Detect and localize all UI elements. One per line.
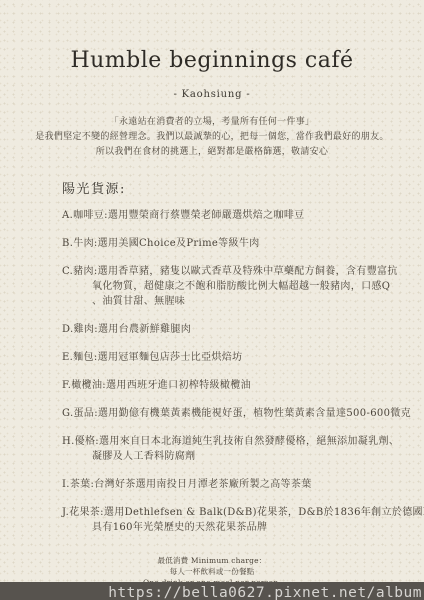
intro-line-2: 是我們堅定不變的經營理念。我們以最誠摯的心，把每一個您，當作我們最好的朋友。 bbox=[0, 130, 424, 145]
list-item-bread: E.麵包:選用冠軍麵包店莎士比亞烘焙坊 bbox=[62, 350, 410, 365]
item-line: E.麵包:選用冠軍麵包店莎士比亞烘焙坊 bbox=[62, 350, 410, 365]
item-line: H.優格:選用來自日本北海道純生乳技術自然發酵優格，絕無添加凝乳劑、 bbox=[62, 434, 410, 449]
item-line: G.蛋品:選用勤億有機葉黃素機能視好蛋，植物性葉黃素含量達500-600微克 bbox=[62, 406, 410, 421]
item-line: 具有160年光榮歷史的天然花果茶品牌 bbox=[62, 520, 410, 535]
list-item-coffee: A.咖啡豆:選用豐榮商行蔡豐榮老師嚴選烘焙之咖啡豆 bbox=[62, 208, 410, 223]
watermark-bar: https://bella0627.pixnet.net/album bbox=[0, 582, 424, 600]
list-item-yogurt: H.優格:選用來自日本北海道純生乳技術自然發酵優格，絕無添加凝乳劑、 凝膠及人工… bbox=[62, 434, 410, 464]
intro-statement: 「永遠站在消費者的立場，考量所有任何一件事」 是我們堅定不變的經營理念。我們以最… bbox=[0, 115, 424, 160]
item-line: J.花果茶:選用Dethlefsen & Balk(D&B)花果茶，D&B於18… bbox=[62, 505, 410, 520]
list-item-pork: C.豬肉:選用香草豬，豬隻以歐式香草及特殊中草藥配方飼養，含有豐富抗 氧化物質，… bbox=[62, 264, 410, 309]
section-heading-sources: 陽光貨源: bbox=[62, 178, 126, 197]
page-title: Humble beginnings café bbox=[0, 48, 424, 73]
item-line: 氧化物質，超健康之不飽和脂肪酸比例大幅超越一般豬肉，口感Q bbox=[62, 279, 410, 294]
list-item-tea: I.茶葉:台灣好茶選用南投日月潭老茶廠所製之高等茶葉 bbox=[62, 477, 410, 492]
item-line: 、油質甘甜、無腥味 bbox=[62, 294, 410, 309]
list-item-beef: B.牛肉:選用美國Choice及Prime等級牛肉 bbox=[62, 236, 410, 251]
item-line: D.雞肉:選用台農新鮮雞腿肉 bbox=[62, 322, 410, 337]
item-line: C.豬肉:選用香草豬，豬隻以歐式香草及特殊中草藥配方飼養，含有豐富抗 bbox=[62, 264, 410, 279]
page-subtitle: - Kaohsiung - bbox=[0, 89, 424, 100]
list-item-fruit-tea: J.花果茶:選用Dethlefsen & Balk(D&B)花果茶，D&B於18… bbox=[62, 505, 410, 535]
item-line: F.橄欖油:選用西班牙進口初榨特級橄欖油 bbox=[62, 378, 410, 393]
list-item-olive-oil: F.橄欖油:選用西班牙進口初榨特級橄欖油 bbox=[62, 378, 410, 393]
menu-page: Humble beginnings café - Kaohsiung - 「永遠… bbox=[0, 0, 424, 600]
intro-quote: 「永遠站在消費者的立場，考量所有任何一件事」 bbox=[0, 115, 424, 130]
source-list: A.咖啡豆:選用豐榮商行蔡豐榮老師嚴選烘焙之咖啡豆 B.牛肉:選用美國Choic… bbox=[62, 208, 410, 548]
item-line: I.茶葉:台灣好茶選用南投日月潭老茶廠所製之高等茶葉 bbox=[62, 477, 410, 492]
footer-policy-zh: 每人一杯飲料或一份餐點 bbox=[0, 566, 424, 577]
watermark-url: https://bella0627.pixnet.net/album bbox=[108, 584, 424, 600]
intro-line-3: 所以我們在食材的挑選上，絕對都是嚴格篩選，敬請安心 bbox=[0, 145, 424, 160]
item-line: A.咖啡豆:選用豐榮商行蔡豐榮老師嚴選烘焙之咖啡豆 bbox=[62, 208, 410, 223]
footer-minimum-charge: 最低消費 Minimum charge： bbox=[0, 555, 424, 566]
item-line: B.牛肉:選用美國Choice及Prime等級牛肉 bbox=[62, 236, 410, 251]
item-line: 凝膠及人工香料防腐劑 bbox=[62, 449, 410, 464]
list-item-eggs: G.蛋品:選用勤億有機葉黃素機能視好蛋，植物性葉黃素含量達500-600微克 bbox=[62, 406, 410, 421]
list-item-chicken: D.雞肉:選用台農新鮮雞腿肉 bbox=[62, 322, 410, 337]
